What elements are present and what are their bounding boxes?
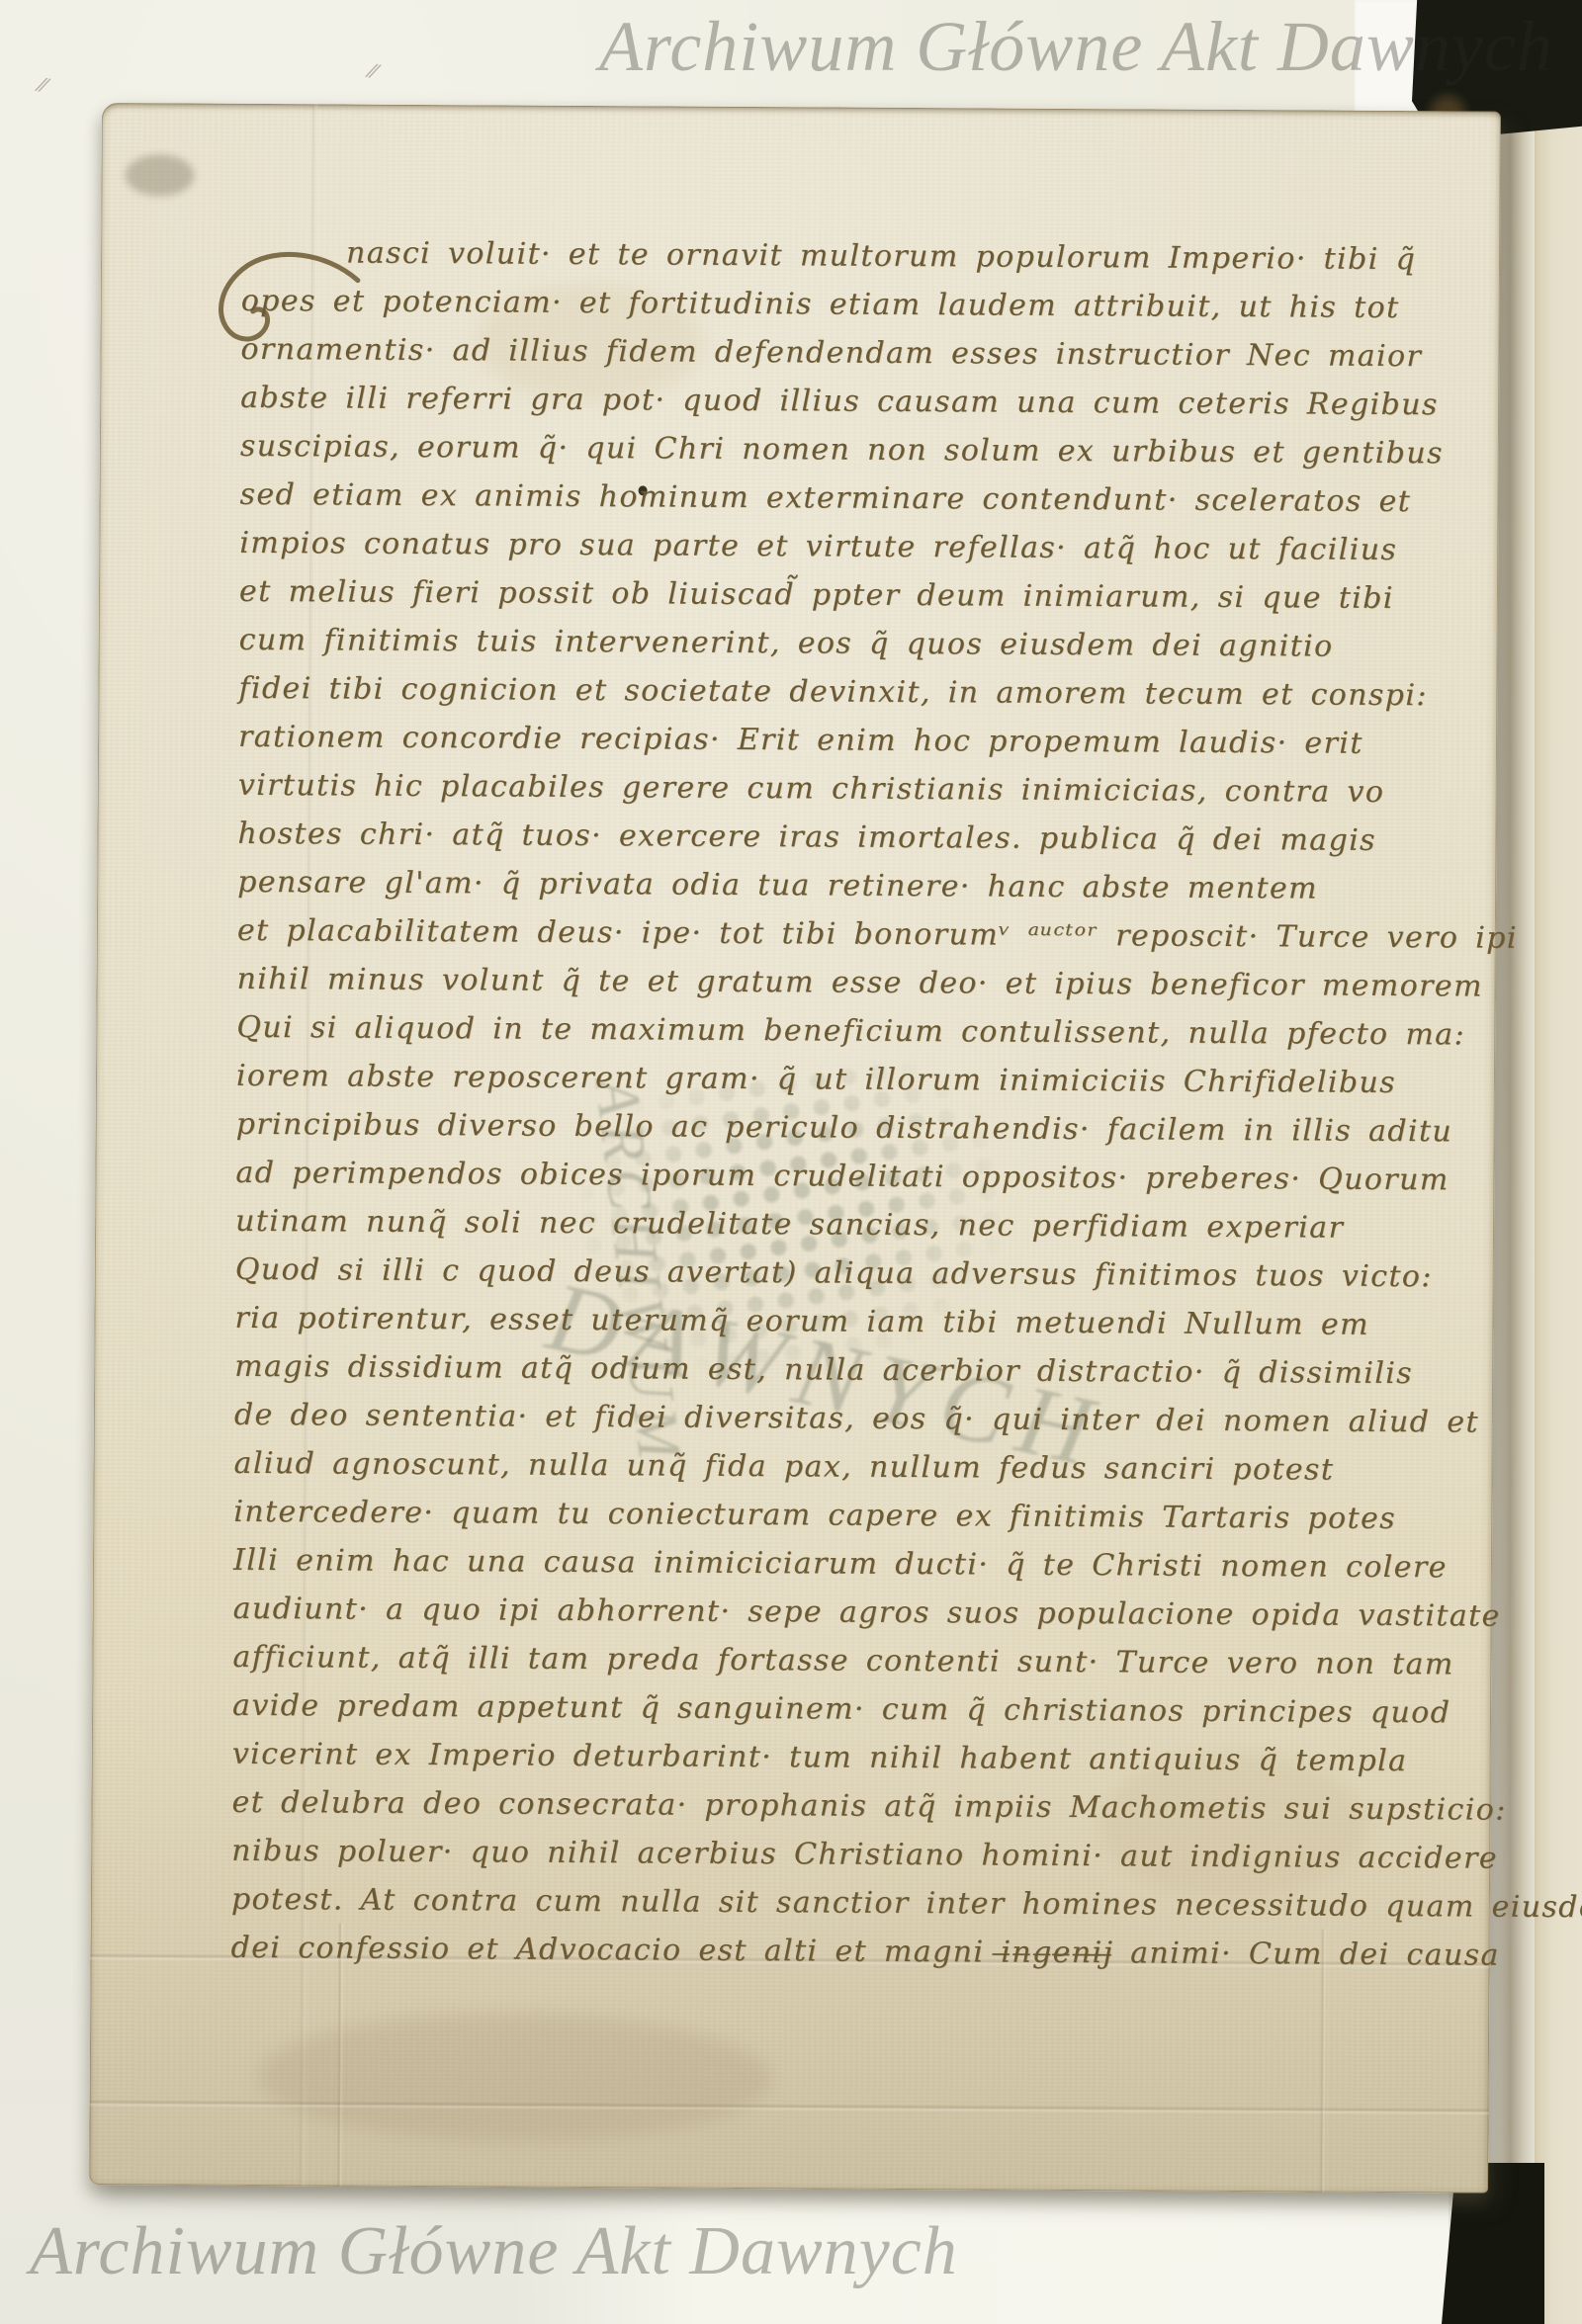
manuscript-line: intercedere· quam tu coniecturam capere … [233,1488,1415,1543]
manuscript-line: nibus poluer· quo nihil acerbius Christi… [231,1827,1413,1882]
manuscript-line: magis dissidium atq̃ odium est, nulla ac… [234,1342,1416,1398]
manuscript-line: hostes chri· atq̃ tuos· exercere iras im… [237,810,1419,865]
archive-scan: ⁄⁄ ⁄⁄ ARCHIWUM DAWNYCH nasci voluit· et … [0,0,1582,2324]
manuscript-line: de deo sententia· et fidei diversitas, e… [234,1391,1416,1446]
manuscript-page: ARCHIWUM DAWNYCH nasci voluit· et te orn… [89,103,1501,2194]
manuscript-line: vicerint ex Imperio deturbarint· tum nih… [232,1730,1414,1785]
manuscript-line: virtutis hic placabiles gerere cum chris… [238,761,1420,817]
manuscript-line: abste illi referri gra pot· quod illius … [240,374,1422,429]
manuscript-line: suscipias, eorum q̃· qui Chri nomen non … [240,422,1422,477]
manuscript-line: nihil minus volunt q̃ te et gratum esse … [236,955,1418,1010]
manuscript-line: sed etiam ex animis hominum exterminare … [239,471,1421,526]
manuscript-line: avide predam appetunt q̃ sanguinem· cum … [232,1681,1414,1737]
manuscript-line: Illi enim hac una causa inimiciciarum du… [233,1536,1415,1592]
text-block: nasci voluit· et te ornavit multorum pop… [230,228,1423,1979]
parchment-stain [257,2012,772,2143]
manuscript-line: afficiunt, atq̃ illi tam preda fortasse … [232,1633,1414,1688]
manuscript-line: et delubra deo consecrata· prophanis atq… [231,1778,1413,1834]
book-fore-edge [1535,111,1582,2324]
manuscript-line: opes et potenciam· et fortitudinis etiam… [241,277,1423,332]
manuscript-line: impios conatus pro sua parte et virtute … [239,519,1421,574]
manuscript-line: aliud agnoscunt, nulla unq̃ fida pax, nu… [233,1439,1415,1495]
ink-smudge [125,154,194,196]
manuscript-line: cum finitimis tuis intervenerint, eos q̃… [239,616,1421,671]
manuscript-line: pensare gl'am· q̃ privata odia tua retin… [237,858,1419,913]
manuscript-line: audiunt· a quo ipi abhorrent· sepe agros… [233,1585,1415,1640]
manuscript-line: ria potirentur, esset uterumq̃ eorum iam… [234,1294,1416,1349]
manuscript-line: principibus diverso bello ac periculo di… [236,1100,1418,1156]
manuscript-line: utinam nunq̃ soli nec crudelitate sancia… [235,1197,1417,1252]
manuscript-line: rationem concordie recipias· Erit enim h… [238,713,1420,768]
archive-watermark-top: Archiwum Główne Akt Dawnych [599,6,1553,88]
manuscript-line: ad perimpendos obices iporum crudelitati… [235,1149,1417,1204]
archive-watermark-bottom: Archiwum Główne Akt Dawnych [30,2212,958,2291]
manuscript-line: et placabilitatem deus· ipe· tot tibi bo… [237,906,1419,962]
manuscript-line: Quod si illi c quod deus avertat) aliqua… [235,1246,1417,1301]
manuscript-line: ornamentis· ad illius fidem defendendam … [240,325,1422,381]
manuscript-line: fidei tibi cognicion et societate devinx… [238,664,1420,720]
manuscript-line: et melius fieri possit ob liuiscad̃ ppte… [239,567,1421,623]
manuscript-line: potest. At contra cum nulla sit sanctior… [231,1875,1413,1931]
manuscript-line: dei confessio et Advocacio est alti et m… [230,1924,1412,1979]
manuscript-line: Qui si aliquod in te maximum beneficium … [236,1003,1418,1059]
manuscript-line: iorem abste reposcerent gram· q̃ ut illo… [236,1052,1418,1107]
manuscript-line: nasci voluit· et te ornavit multorum pop… [241,228,1423,284]
